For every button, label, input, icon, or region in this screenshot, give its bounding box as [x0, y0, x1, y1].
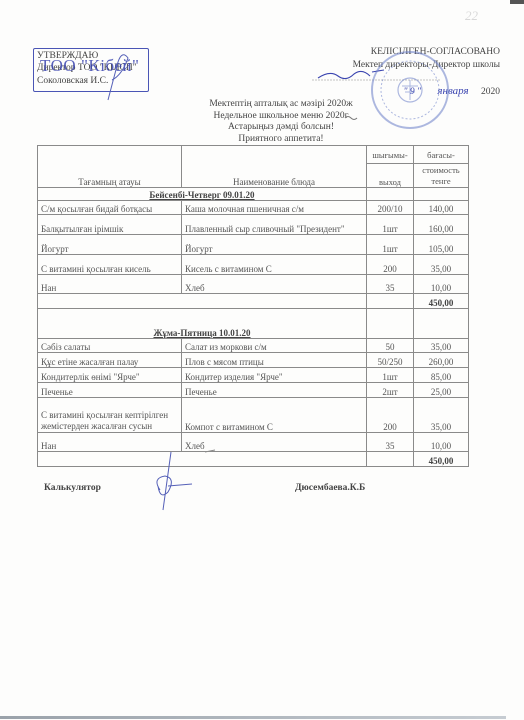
approval-signature-icon	[108, 55, 128, 100]
scan-bottom-edge	[0, 716, 506, 719]
ink-overlay	[0, 0, 524, 720]
calculator-signature-icon	[157, 452, 192, 510]
round-stamp-icon	[372, 52, 448, 128]
